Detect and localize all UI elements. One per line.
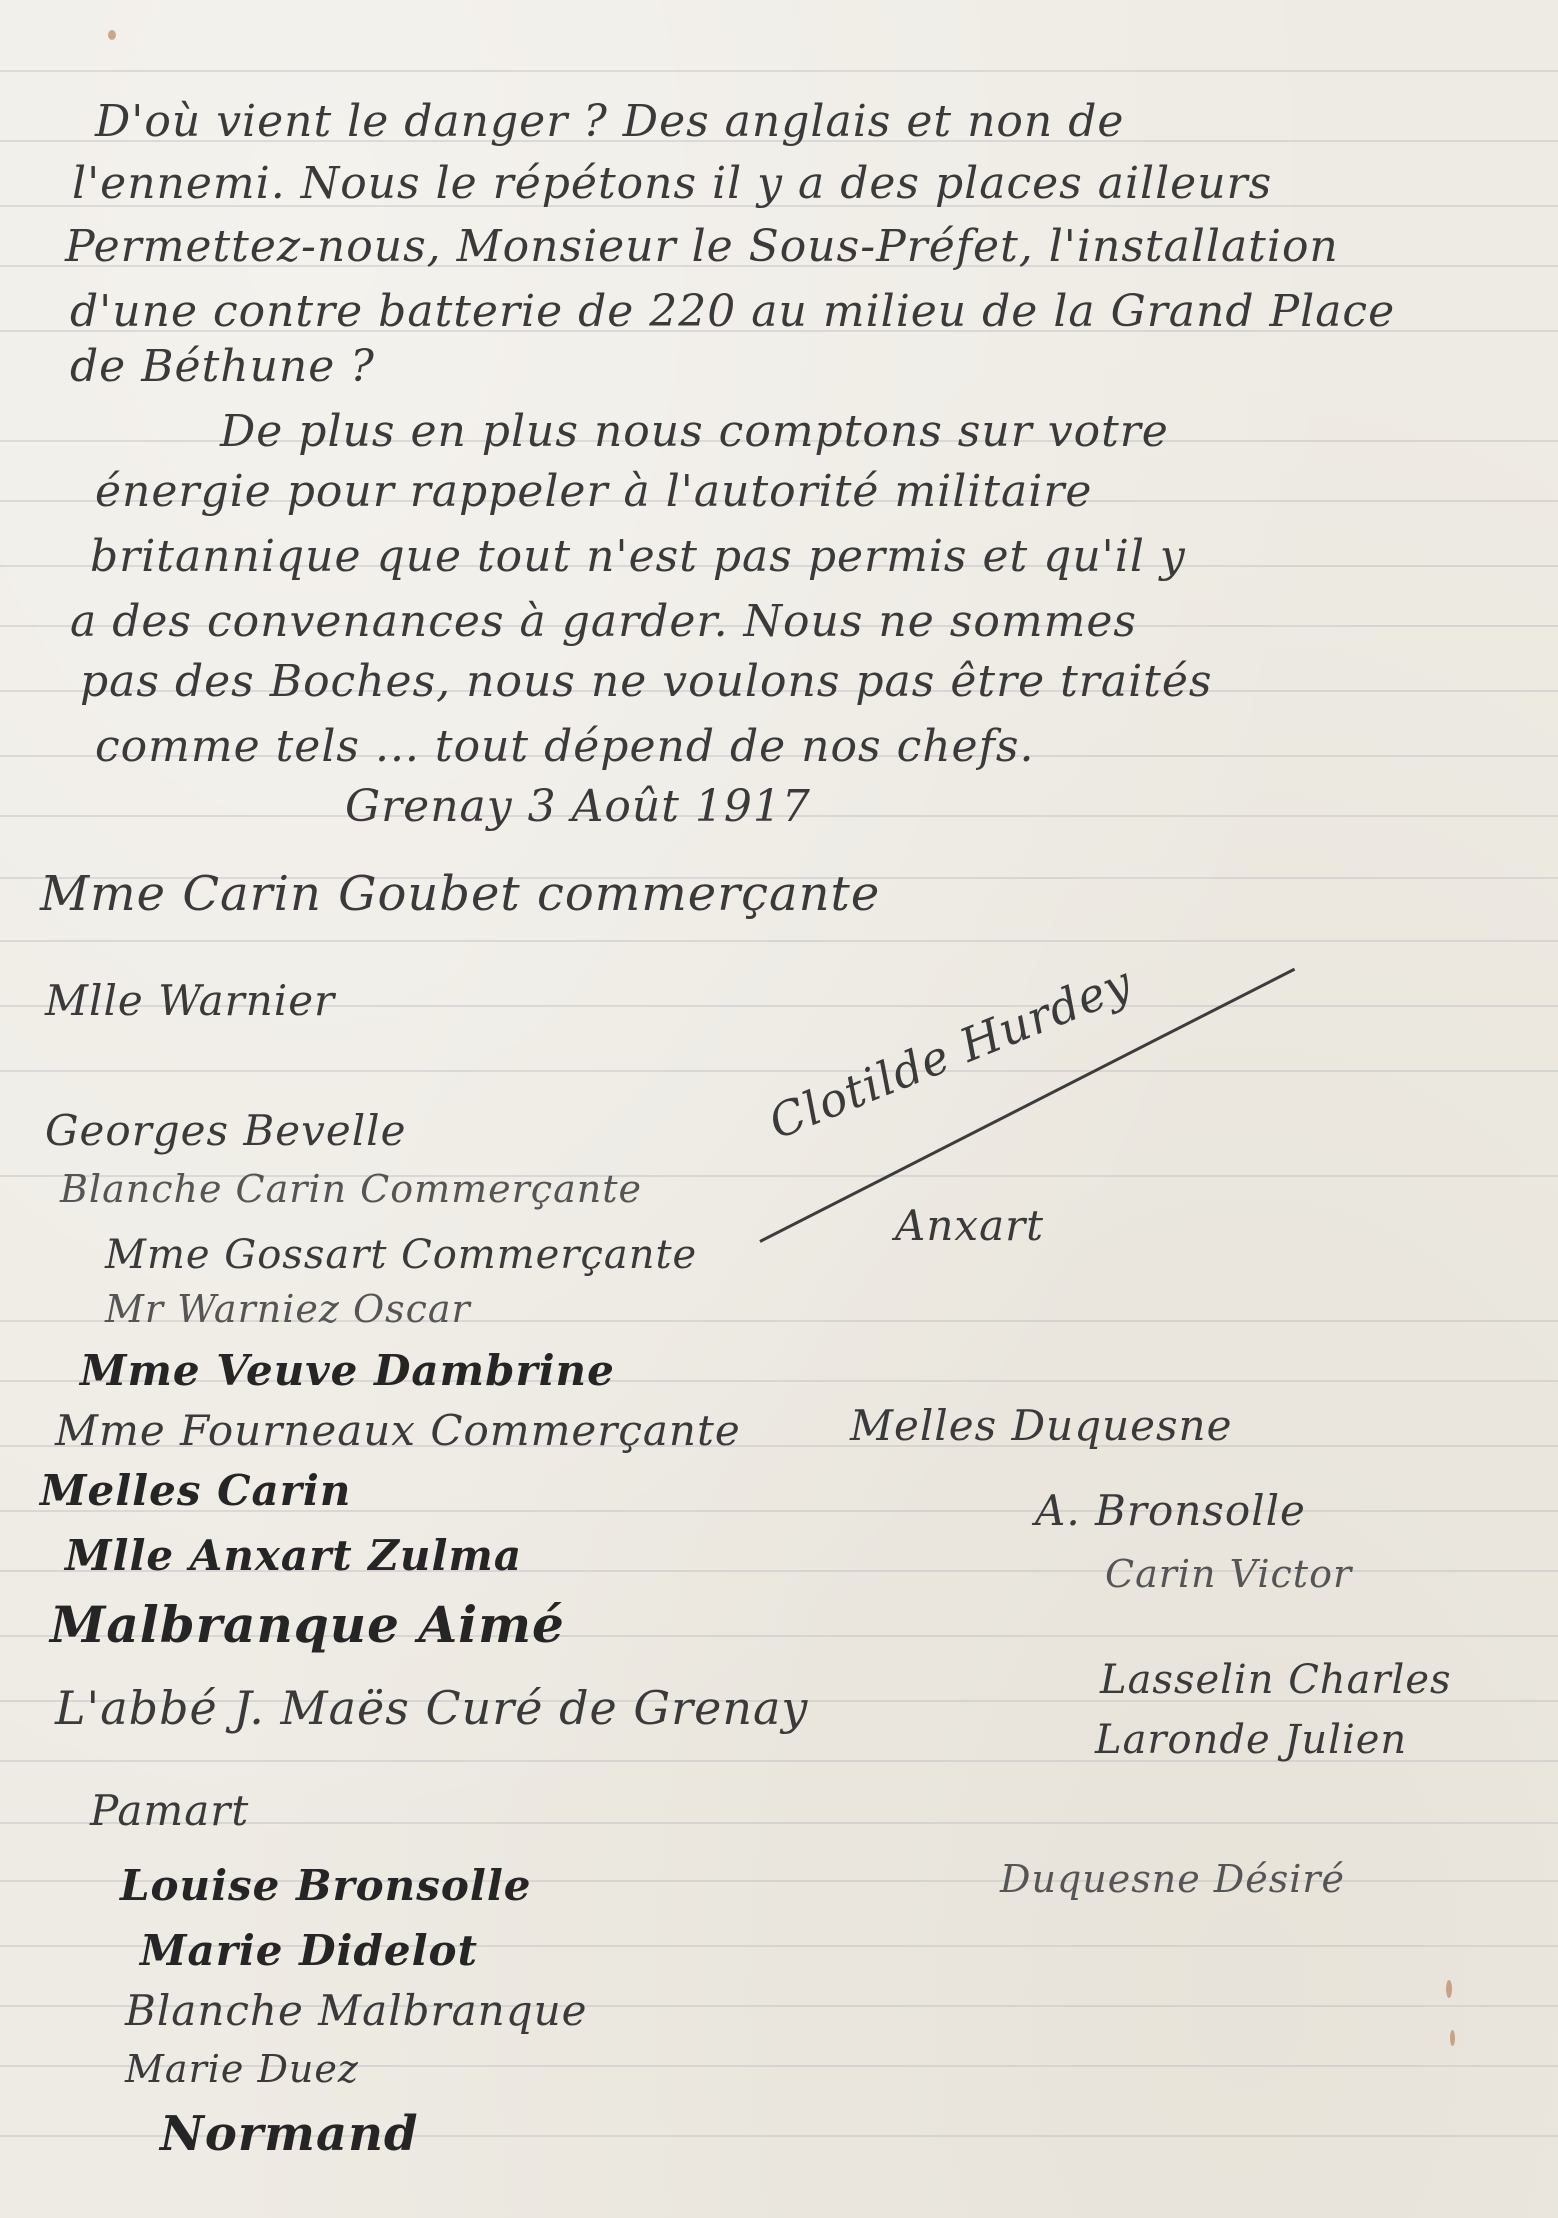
signature: Melles Duquesne (850, 1405, 1232, 1447)
letter-line-4: d'une contre batterie de 220 au milieu d… (70, 290, 1395, 334)
signature: Mme Fourneaux Commerçante (55, 1410, 741, 1452)
signature: Lasselin Charles (1100, 1660, 1452, 1700)
rust-stain (1450, 2030, 1455, 2046)
letter-line-9: a des convenances à garder. Nous ne somm… (70, 600, 1137, 644)
signature: Carin Victor (1105, 1555, 1352, 1593)
signature: Duquesne Désiré (1000, 1860, 1345, 1898)
signature: Pamart (90, 1790, 249, 1832)
document-page: D'où vient le danger ? Des anglais et no… (0, 0, 1558, 2218)
signature: Mlle Warnier (45, 980, 335, 1022)
signature: Mme Gossart Commerçante (105, 1235, 697, 1275)
letter-line-3: Permettez-nous, Monsieur le Sous-Préfet,… (65, 225, 1339, 269)
signature: Malbranque Aimé (50, 1600, 565, 1650)
letter-line-7: énergie pour rappeler à l'autorité milit… (95, 470, 1092, 514)
letter-line-8: britannique que tout n'est pas permis et… (90, 535, 1186, 579)
letter-line-2: l'ennemi. Nous le répétons il y a des pl… (72, 162, 1272, 206)
letter-line-10: pas des Boches, nous ne voulons pas être… (80, 660, 1212, 704)
signature: L'abbé J. Maës Curé de Grenay (55, 1685, 808, 1731)
signature: Blanche Carin Commerçante (60, 1170, 642, 1208)
signature: Normand (160, 2110, 419, 2158)
letter-line-1: D'où vient le danger ? Des anglais et no… (95, 100, 1124, 144)
signature: A. Bronsolle (1035, 1490, 1306, 1532)
signature: Mme Veuve Dambrine (80, 1350, 615, 1392)
letter-line-6: De plus en plus nous comptons sur votre (220, 410, 1169, 454)
letter-line-11: comme tels ... tout dépend de nos chefs. (95, 725, 1034, 769)
dateline: Grenay 3 Août 1917 (345, 785, 811, 829)
ruled-line (0, 940, 1558, 942)
ruled-line (0, 1070, 1558, 1072)
signature: Laronde Julien (1095, 1720, 1407, 1760)
signature: Marie Didelot (140, 1930, 478, 1972)
signature: Blanche Malbranque (125, 1990, 588, 2032)
signature: Anxart (895, 1205, 1044, 1247)
signature: Melles Carin (40, 1470, 351, 1512)
letter-line-5: de Béthune ? (70, 345, 375, 389)
ruled-line (0, 70, 1558, 72)
signature: Georges Bevelle (45, 1110, 406, 1152)
signature: Clotilde Hurdey (763, 959, 1138, 1146)
rust-stain (1446, 1980, 1452, 1998)
signature: Mlle Anxart Zulma (65, 1535, 522, 1577)
signature: Mme Carin Goubet commerçante (40, 870, 880, 918)
ink-stain (108, 30, 116, 40)
signature: Louise Bronsolle (120, 1865, 532, 1907)
signature: Marie Duez (125, 2050, 359, 2088)
signature: Mr Warniez Oscar (105, 1290, 471, 1328)
